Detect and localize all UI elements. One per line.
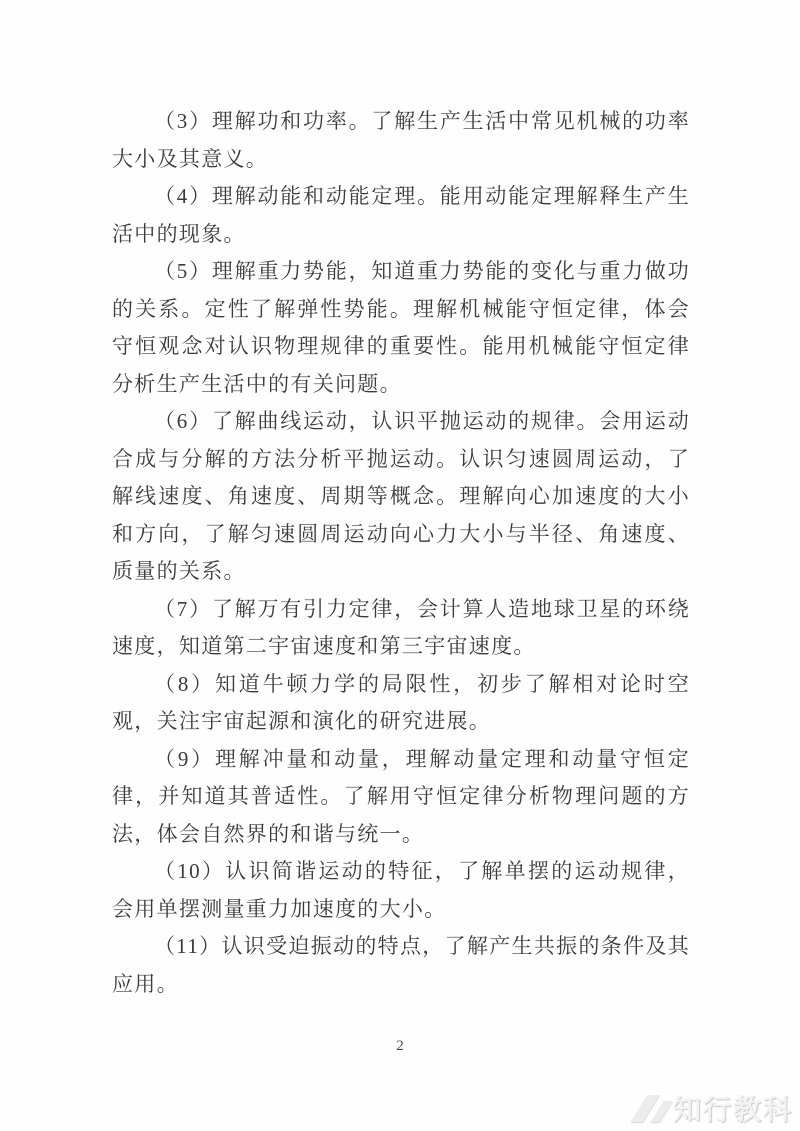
paragraph-5: （5）理解重力势能，知道重力势能的变化与重力做功的关系。定性了解弹性势能。理解机… [112, 253, 690, 403]
paragraph-6: （6）了解曲线运动，认识平抛运动的规律。会用运动合成与分解的方法分析平抛运动。认… [112, 403, 690, 591]
brand-double-slash-icon [639, 1095, 666, 1122]
paragraph-10: （10）认识简谐运动的特征，了解单摆的运动规律，会用单摆测量重力加速度的大小。 [112, 853, 690, 928]
paragraph-11: （11）认识受迫振动的特点，了解产生共振的条件及其应用。 [112, 928, 690, 1003]
page-number: 2 [396, 1038, 404, 1054]
paragraph-9: （9）理解冲量和动量，理解动量定理和动量守恒定律，并知道其普适性。了解用守恒定律… [112, 741, 690, 854]
paragraph-7: （7）了解万有引力定律，会计算人造地球卫星的环绕速度，知道第二宇宙速度和第三宇宙… [112, 591, 690, 666]
page-footer: 2 [0, 1037, 800, 1055]
paragraph-8: （8）知道牛顿力学的局限性，初步了解相对论时空观，关注宇宙起源和演化的研究进展。 [112, 666, 690, 741]
watermark: 知行教科 [639, 1088, 793, 1128]
document-page: （3）理解功和功率。了解生产生活中常见机械的功率大小及其意义。 （4）理解动能和… [0, 0, 800, 1131]
paragraph-3: （3）理解功和功率。了解生产生活中常见机械的功率大小及其意义。 [112, 103, 690, 178]
paragraph-4: （4）理解动能和动能定理。能用动能定理解释生产生活中的现象。 [112, 178, 690, 253]
document-body: （3）理解功和功率。了解生产生活中常见机械的功率大小及其意义。 （4）理解动能和… [112, 103, 690, 1003]
watermark-text: 知行教科 [673, 1088, 793, 1128]
